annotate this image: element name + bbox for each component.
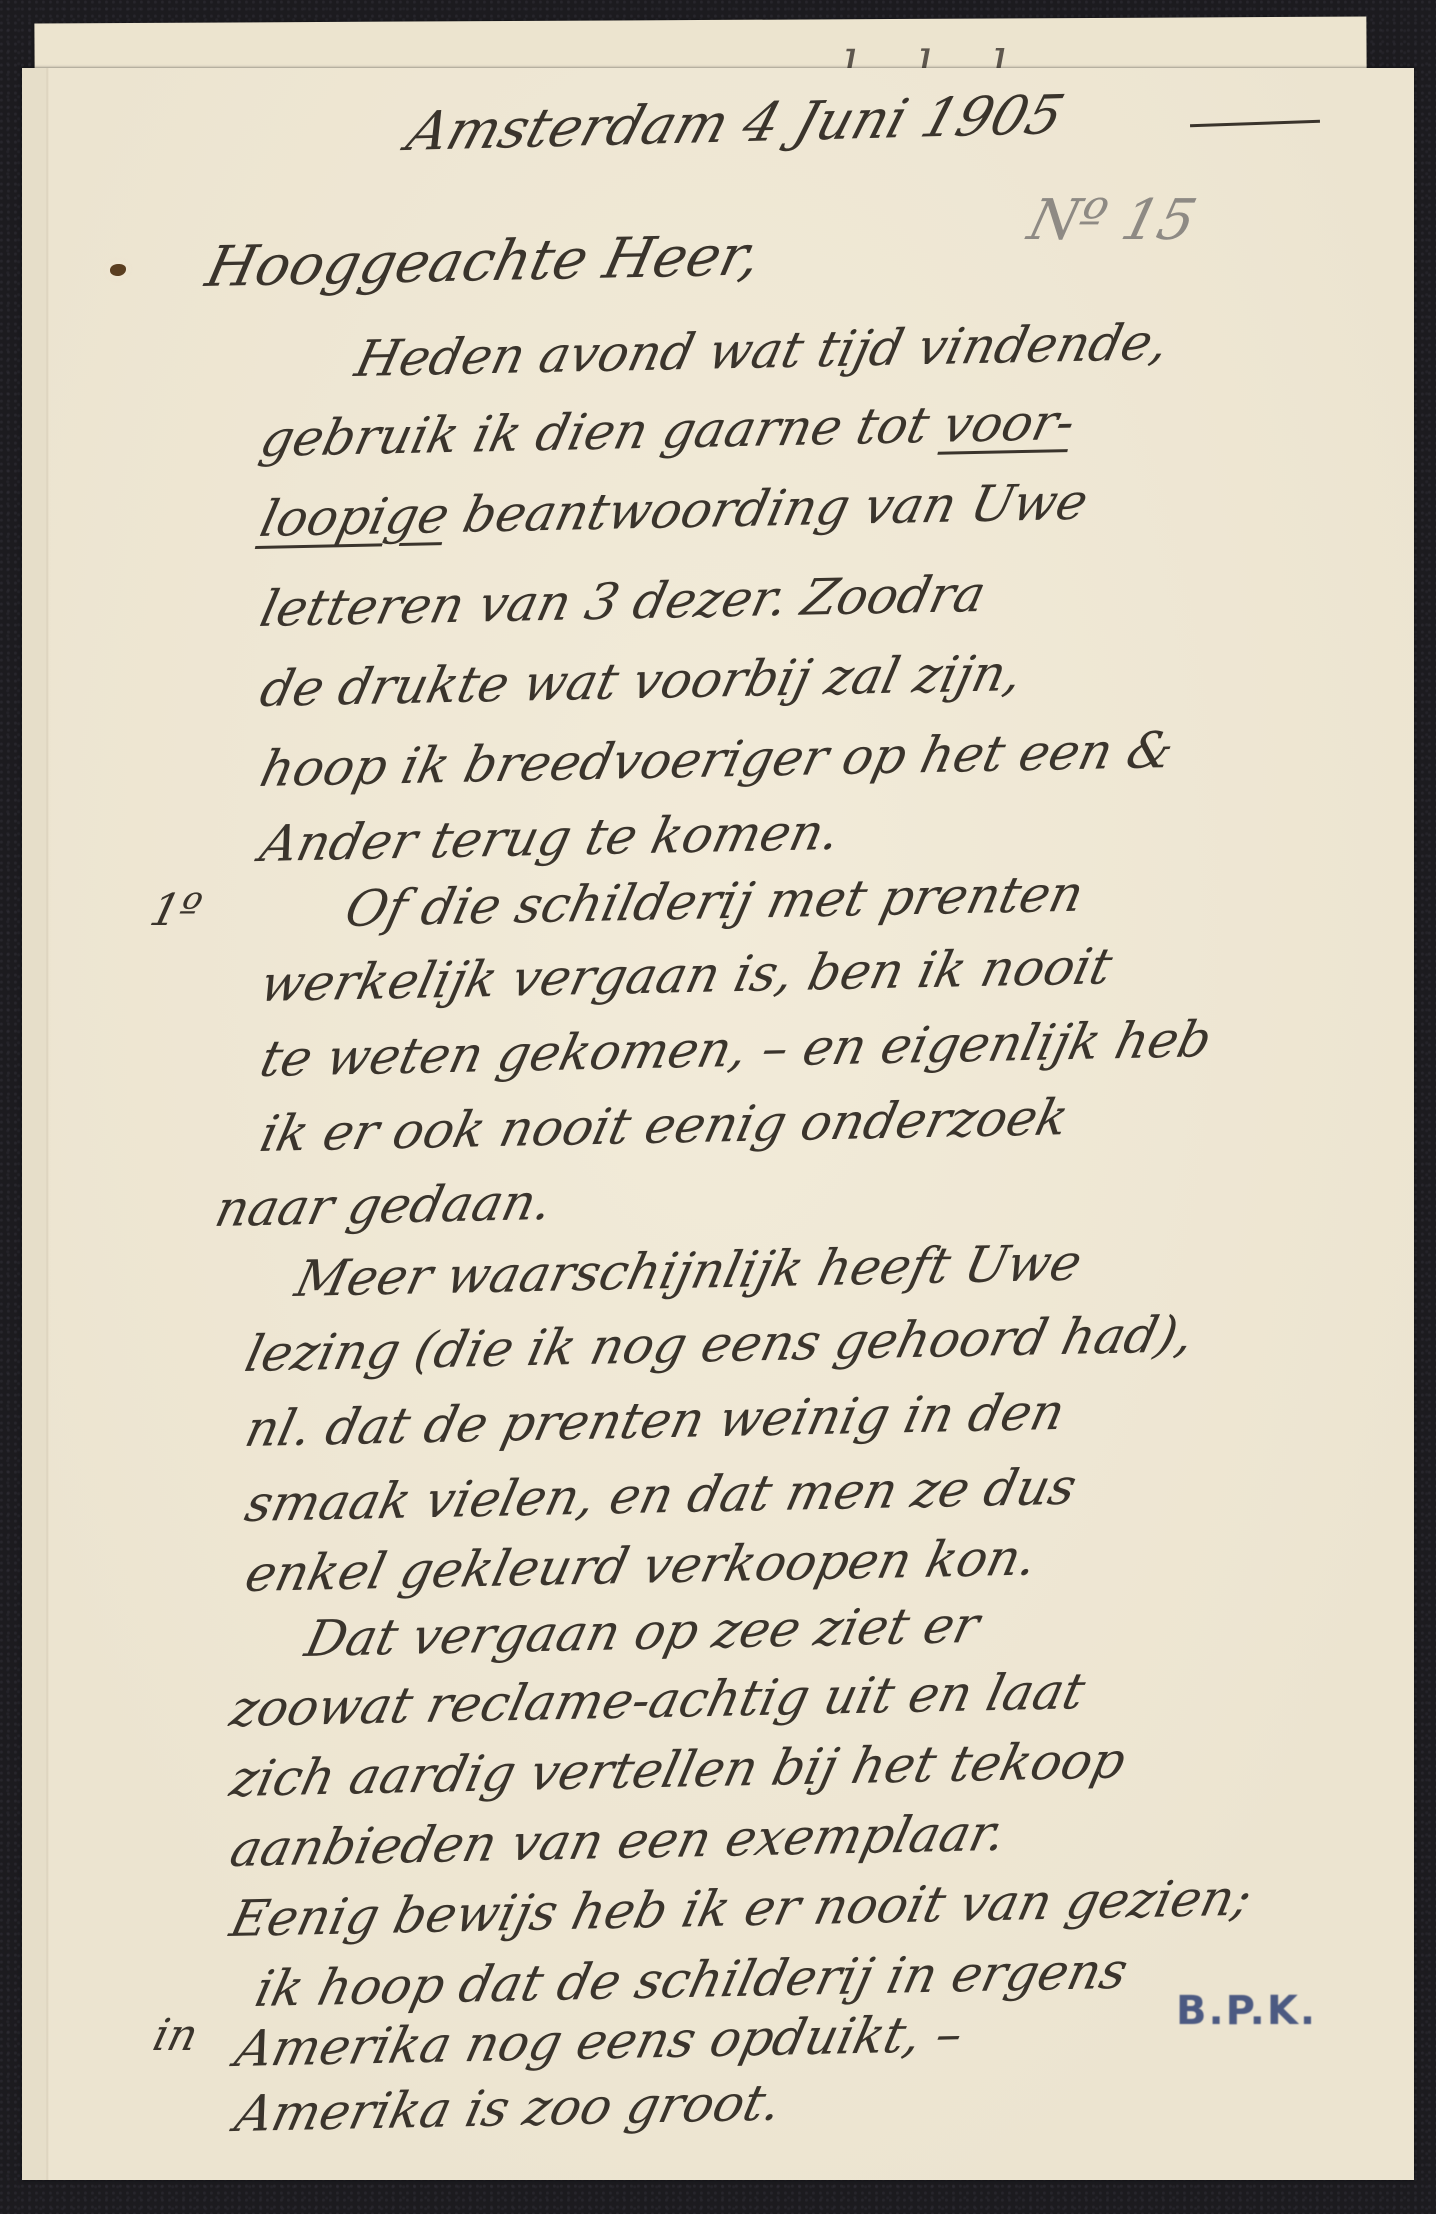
letter-line: naar gedaan.: [210, 1173, 558, 1238]
underlined-word: voor-: [938, 393, 1081, 454]
collection-stamp: B.P.K.: [1176, 1988, 1317, 2034]
pencil-annotation-number: Nº 15: [1022, 188, 1203, 253]
letter-line: Ander terug te komen.: [255, 803, 846, 873]
letter-line: Amerika is zoo groot.: [230, 2074, 787, 2143]
salutation: Hooggeachte Heer,: [200, 224, 766, 300]
underlined-word: loopige: [255, 486, 455, 548]
ink-stain: [110, 264, 126, 276]
